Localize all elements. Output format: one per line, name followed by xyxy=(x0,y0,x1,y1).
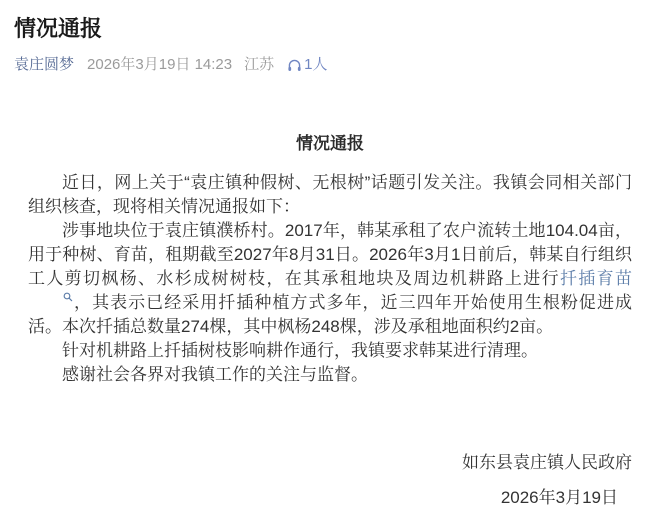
paragraph-intro: 近日，网上关于“袁庄镇种假树、无根树”话题引发关注。我镇会同相关部门组织核查，现… xyxy=(28,171,632,219)
signature-org: 如东县袁庄镇人民政府 xyxy=(28,451,632,475)
paragraph-details: 涉事地块位于袁庄镇濮桥村。2017年，韩某承租了农户流转土地104.04亩，用于… xyxy=(28,219,632,339)
paragraph-details-post: ，其表示已经采用扦插种植方式多年，近三四年开始使用生根粉促进成活。本次扦插总数量… xyxy=(28,293,632,336)
article-header: 情况通报 袁庄圆梦 2026年3月19日 14:23 江苏 1人 xyxy=(0,0,660,75)
page-title: 情况通报 xyxy=(14,15,646,42)
headphones-icon xyxy=(287,58,302,73)
listen-count: 1人 xyxy=(304,55,327,75)
meta-row: 袁庄圆梦 2026年3月19日 14:23 江苏 1人 xyxy=(14,55,646,75)
search-icon xyxy=(29,292,73,302)
article-paragraphs: 近日，网上关于“袁庄镇种假树、无根树”话题引发关注。我镇会同相关部门组织核查，现… xyxy=(28,171,632,387)
publish-date: 2026年3月19日 14:23 xyxy=(87,55,232,75)
signature-block: 如东县袁庄镇人民政府 2026年3月19日 xyxy=(28,451,632,510)
signature-date: 2026年3月19日 xyxy=(28,486,632,510)
publish-location: 江苏 xyxy=(244,55,274,75)
paragraph-details-pre: 涉事地块位于袁庄镇濮桥村。2017年，韩某承租了农户流转土地104.04亩，用于… xyxy=(28,221,632,288)
author-link[interactable]: 袁庄圆梦 xyxy=(14,55,74,75)
listen-button[interactable]: 1人 xyxy=(287,55,327,75)
article-body: 情况通报 近日，网上关于“袁庄镇种假树、无根树”话题引发关注。我镇会同相关部门组… xyxy=(28,132,632,510)
paragraph-thanks: 感谢社会各界对我镇工作的关注与监督。 xyxy=(28,363,632,387)
search-word-text: 扦插育苗 xyxy=(560,269,632,288)
paragraph-cleanup: 针对机耕路上扦插树枝影响耕作通行，我镇要求韩某进行清理。 xyxy=(28,339,632,363)
article-title: 情况通报 xyxy=(28,132,632,156)
